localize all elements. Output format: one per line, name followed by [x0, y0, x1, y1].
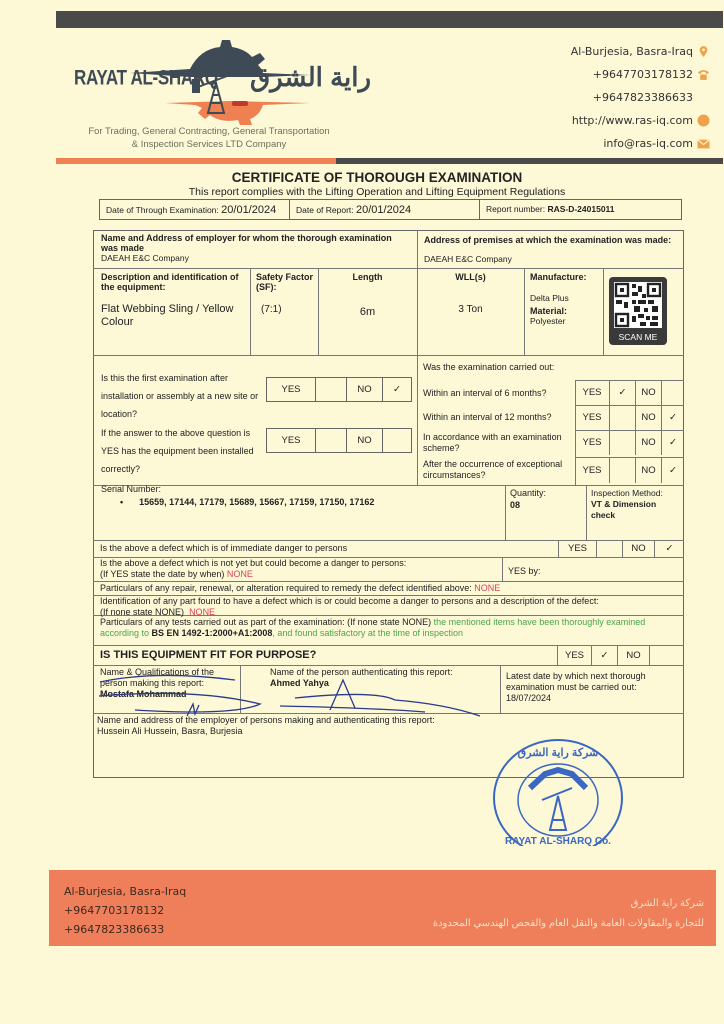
repair-label: Particulars of any repair, renewal, or a… — [100, 583, 472, 593]
footer-arabic-line1: شركة راية الشرق — [433, 894, 704, 914]
serial-label: Serial Number: — [101, 484, 161, 495]
email-link[interactable]: info@ras-iq.com — [603, 132, 693, 155]
first-exam-no-label: NO — [347, 378, 383, 401]
mail-icon — [697, 137, 710, 150]
part-defect-value: NONE — [189, 607, 215, 617]
logo-text-ar: راية الشرق — [250, 62, 371, 93]
tests-value-part2: , and found satisfactory at the time of … — [272, 628, 463, 638]
globe-icon — [697, 114, 710, 127]
first-exam-yes-label: YES — [267, 378, 316, 401]
installed-correctly-question: If the answer to the above question is Y… — [101, 424, 261, 478]
future-danger-line2: (If YES state the date by when) NONE — [100, 569, 500, 580]
report-number-label: Report number: — [486, 204, 545, 214]
immediate-yes-label: YES — [558, 540, 596, 557]
qr-code[interactable]: SCAN ME — [609, 277, 667, 345]
part-defect-label: Identification of any part found to have… — [100, 596, 685, 607]
scheme-yes-box[interactable] — [609, 430, 635, 455]
interval-12-no-box[interactable]: ✓ — [661, 405, 684, 430]
header-divider-orange — [56, 158, 336, 164]
inspection-method-label: Inspection Method: — [591, 488, 663, 499]
future-danger-line1: Is the above a defect which is not yet b… — [100, 558, 500, 569]
fit-no-box[interactable] — [649, 645, 684, 665]
yes-by-label: YES by: — [508, 566, 541, 577]
contact-address: Al-Burjesia, Basra-Iraq — [571, 40, 710, 63]
header-top-bar — [56, 11, 723, 28]
scheme-no-box[interactable]: ✓ — [661, 430, 684, 455]
certificate-subtitle: This report complies with the Lifting Op… — [0, 186, 724, 198]
future-danger-question: Is the above a defect which is not yet b… — [100, 558, 500, 580]
contact-phone2[interactable]: +9647823386633 — [571, 86, 710, 109]
interval-12-no-label: NO — [635, 405, 661, 430]
installed-no-label: NO — [347, 429, 383, 452]
next-exam-label: Latest date by which next thorough exami… — [506, 671, 681, 693]
stamp-arabic-text: شركة راية الشرق — [518, 747, 599, 759]
contact-website[interactable]: http://www.ras-iq.com — [571, 109, 710, 132]
phone1-text[interactable]: +9647703178132 — [593, 63, 693, 86]
employer-persons-label: Name and address of the employer of pers… — [97, 715, 435, 726]
exceptional-yes-box[interactable] — [609, 458, 635, 483]
first-exam-no-box[interactable]: ✓ — [383, 378, 411, 401]
length-value: 6m — [318, 306, 417, 318]
future-danger-hint: (If YES state the date by when) — [100, 569, 224, 579]
header-divider-dark — [336, 158, 723, 164]
tagline-line1: For Trading, General Contracting, Genera… — [74, 125, 344, 138]
location-pin-icon — [697, 45, 710, 58]
exceptional-yes-label: YES — [575, 458, 609, 483]
fit-for-purpose-yes-no: YES ✓ NO — [557, 645, 684, 665]
interval-6-no-label: NO — [635, 380, 661, 405]
address-text: Al-Burjesia, Basra-Iraq — [571, 40, 693, 63]
tests-standard: BS EN 1492-1:2000+A1:2008 — [152, 628, 273, 638]
equipment-desc-value: Flat Webbing Sling / Yellow Colour — [101, 303, 246, 329]
exceptional-question: After the occurrence of exceptional circ… — [423, 459, 568, 481]
material-value: Polyester — [530, 316, 565, 326]
installed-yes-box[interactable] — [316, 429, 347, 452]
report-date-cell: Date of Report: 20/01/2024 — [290, 200, 480, 219]
website-link[interactable]: http://www.ras-iq.com — [572, 109, 693, 132]
scan-me-label: SCAN ME — [609, 332, 667, 342]
fit-yes-label: YES — [557, 645, 591, 665]
carried-out-label: Was the examination carried out: — [423, 362, 554, 373]
signature-strokes-icon — [95, 660, 495, 720]
employer-persons-value: Hussein Ali Hussein, Basra, Burjesia — [97, 726, 243, 737]
qr-code-icon — [614, 282, 662, 328]
bullet: • — [120, 497, 123, 507]
scheme-no-label: NO — [635, 430, 661, 455]
employer-label: Name and Address of employer for whom th… — [101, 233, 411, 253]
immediate-no-box[interactable]: ✓ — [654, 540, 684, 557]
wll-value: 3 Ton — [417, 304, 524, 315]
equipment-desc-label: Description and identification of the eq… — [101, 272, 246, 292]
immediate-danger-question: Is the above a defect which is of immedi… — [100, 543, 347, 554]
next-exam-date: 18/07/2024 — [506, 693, 551, 704]
first-exam-yes-box[interactable] — [316, 378, 347, 401]
footer-arabic-line2: للتجارة والمقاولات العامة والنقل العام و… — [433, 914, 704, 934]
immediate-danger-yes-no: YES NO ✓ — [558, 540, 684, 557]
tagline-line2: & Inspection Services LTD Company — [74, 138, 344, 151]
premises-label: Address of premises at which the examina… — [424, 235, 684, 245]
exam-date-value: 20/01/2024 — [221, 204, 276, 216]
exam-date-label: Date of Through Examination: — [106, 205, 219, 215]
stamp-english-text: RAYAT AL-SHARQ Co. — [505, 836, 611, 846]
interval-6-yes-label: YES — [575, 380, 609, 405]
phone-icon — [697, 68, 710, 81]
repair-row: Particulars of any repair, renewal, or a… — [100, 583, 500, 594]
first-exam-yes-no: YES NO ✓ — [266, 377, 412, 402]
fit-no-label: NO — [617, 645, 649, 665]
logo-text-en: RAYAT AL-SHARQ — [74, 66, 218, 91]
safety-factor-label: Safety Factor (SF): — [256, 272, 316, 292]
first-exam-question: Is this the first examination after inst… — [101, 369, 261, 423]
quantity-label: Quantity: — [510, 488, 546, 499]
manufacture-label: Manufacture: — [530, 272, 587, 282]
interval-6-no-box[interactable] — [661, 380, 684, 405]
inspection-method-value: VT & Dimension check — [591, 499, 681, 521]
installed-yes-label: YES — [267, 429, 316, 452]
tests-label: Particulars of any tests carried out as … — [100, 617, 431, 627]
footer-arabic: شركة راية الشرق للتجارة والمقاولات العام… — [433, 894, 704, 934]
quantity-value: 08 — [510, 500, 520, 511]
fit-yes-box[interactable]: ✓ — [591, 645, 617, 665]
scheme-question: In accordance with an examination scheme… — [423, 432, 568, 454]
interval-12-yes-no: YES NO ✓ — [575, 405, 684, 430]
contact-email[interactable]: info@ras-iq.com — [571, 132, 710, 155]
interval-6-question: Within an interval of 6 months? — [423, 388, 547, 399]
length-label: Length — [318, 272, 417, 282]
dates-row: Date of Through Examination: 20/01/2024 … — [99, 199, 682, 220]
serial-list: •15659, 17144, 17179, 15689, 15667, 1715… — [120, 497, 374, 507]
exceptional-no-label: NO — [635, 458, 661, 483]
installed-yes-no: YES NO — [266, 428, 412, 453]
wll-label: WLL(s) — [417, 272, 524, 282]
certificate-title: CERTIFICATE OF THOROUGH EXAMINATION — [0, 170, 724, 185]
serial-values: 15659, 17144, 17179, 15689, 15667, 17159… — [139, 497, 374, 507]
safety-factor-value: (7:1) — [261, 304, 282, 315]
installed-no-box[interactable] — [383, 429, 411, 452]
company-tagline: For Trading, General Contracting, Genera… — [74, 125, 344, 151]
repair-value: NONE — [474, 583, 500, 593]
footer-contacts: Al-Burjesia, Basra-Iraq +9647703178132 +… — [64, 882, 186, 939]
contact-phone1[interactable]: +9647703178132 — [571, 63, 710, 86]
interval-12-yes-label: YES — [575, 405, 609, 430]
part-defect-row: Identification of any part found to have… — [100, 596, 685, 618]
scheme-yes-no: YES NO ✓ — [575, 430, 684, 455]
interval-6-yes-box[interactable]: ✓ — [609, 380, 635, 405]
report-number-cell: Report number: RAS-D-24015011 — [480, 200, 681, 219]
employer-value: DAEAH E&C Company — [101, 253, 189, 263]
scheme-yes-label: YES — [575, 430, 609, 455]
part-defect-hint: (If none state NONE) — [100, 607, 184, 617]
report-date-value: 20/01/2024 — [356, 204, 411, 216]
interval-12-question: Within an interval of 12 months? — [423, 412, 552, 423]
exam-date-cell: Date of Through Examination: 20/01/2024 — [100, 200, 290, 219]
tests-row: Particulars of any tests carried out as … — [100, 617, 685, 639]
premises-value: DAEAH E&C Company — [424, 254, 512, 264]
interval-6-yes-no: YES ✓ NO — [575, 380, 684, 405]
footer-phone1[interactable]: +9647703178132 — [64, 901, 186, 920]
immediate-yes-box[interactable] — [596, 540, 622, 557]
exceptional-no-box[interactable]: ✓ — [661, 458, 684, 483]
report-number-value: RAS-D-24015011 — [547, 204, 614, 214]
contact-info: Al-Burjesia, Basra-Iraq +9647703178132 +… — [571, 40, 710, 155]
report-date-label: Date of Report: — [296, 205, 354, 215]
exceptional-yes-no: YES NO ✓ — [575, 458, 684, 483]
company-stamp-icon: شركة راية الشرق RAYAT AL-SHARQ Co. — [490, 738, 626, 846]
material-label: Material: — [530, 306, 567, 316]
footer-address: Al-Burjesia, Basra-Iraq — [64, 882, 186, 901]
immediate-no-label: NO — [622, 540, 654, 557]
manufacture-value: Delta Plus — [530, 293, 569, 303]
interval-12-yes-box[interactable] — [609, 405, 635, 430]
footer-phone2[interactable]: +9647823386633 — [64, 920, 186, 939]
phone2-text[interactable]: +9647823386633 — [593, 86, 693, 109]
future-danger-value: NONE — [227, 569, 253, 579]
